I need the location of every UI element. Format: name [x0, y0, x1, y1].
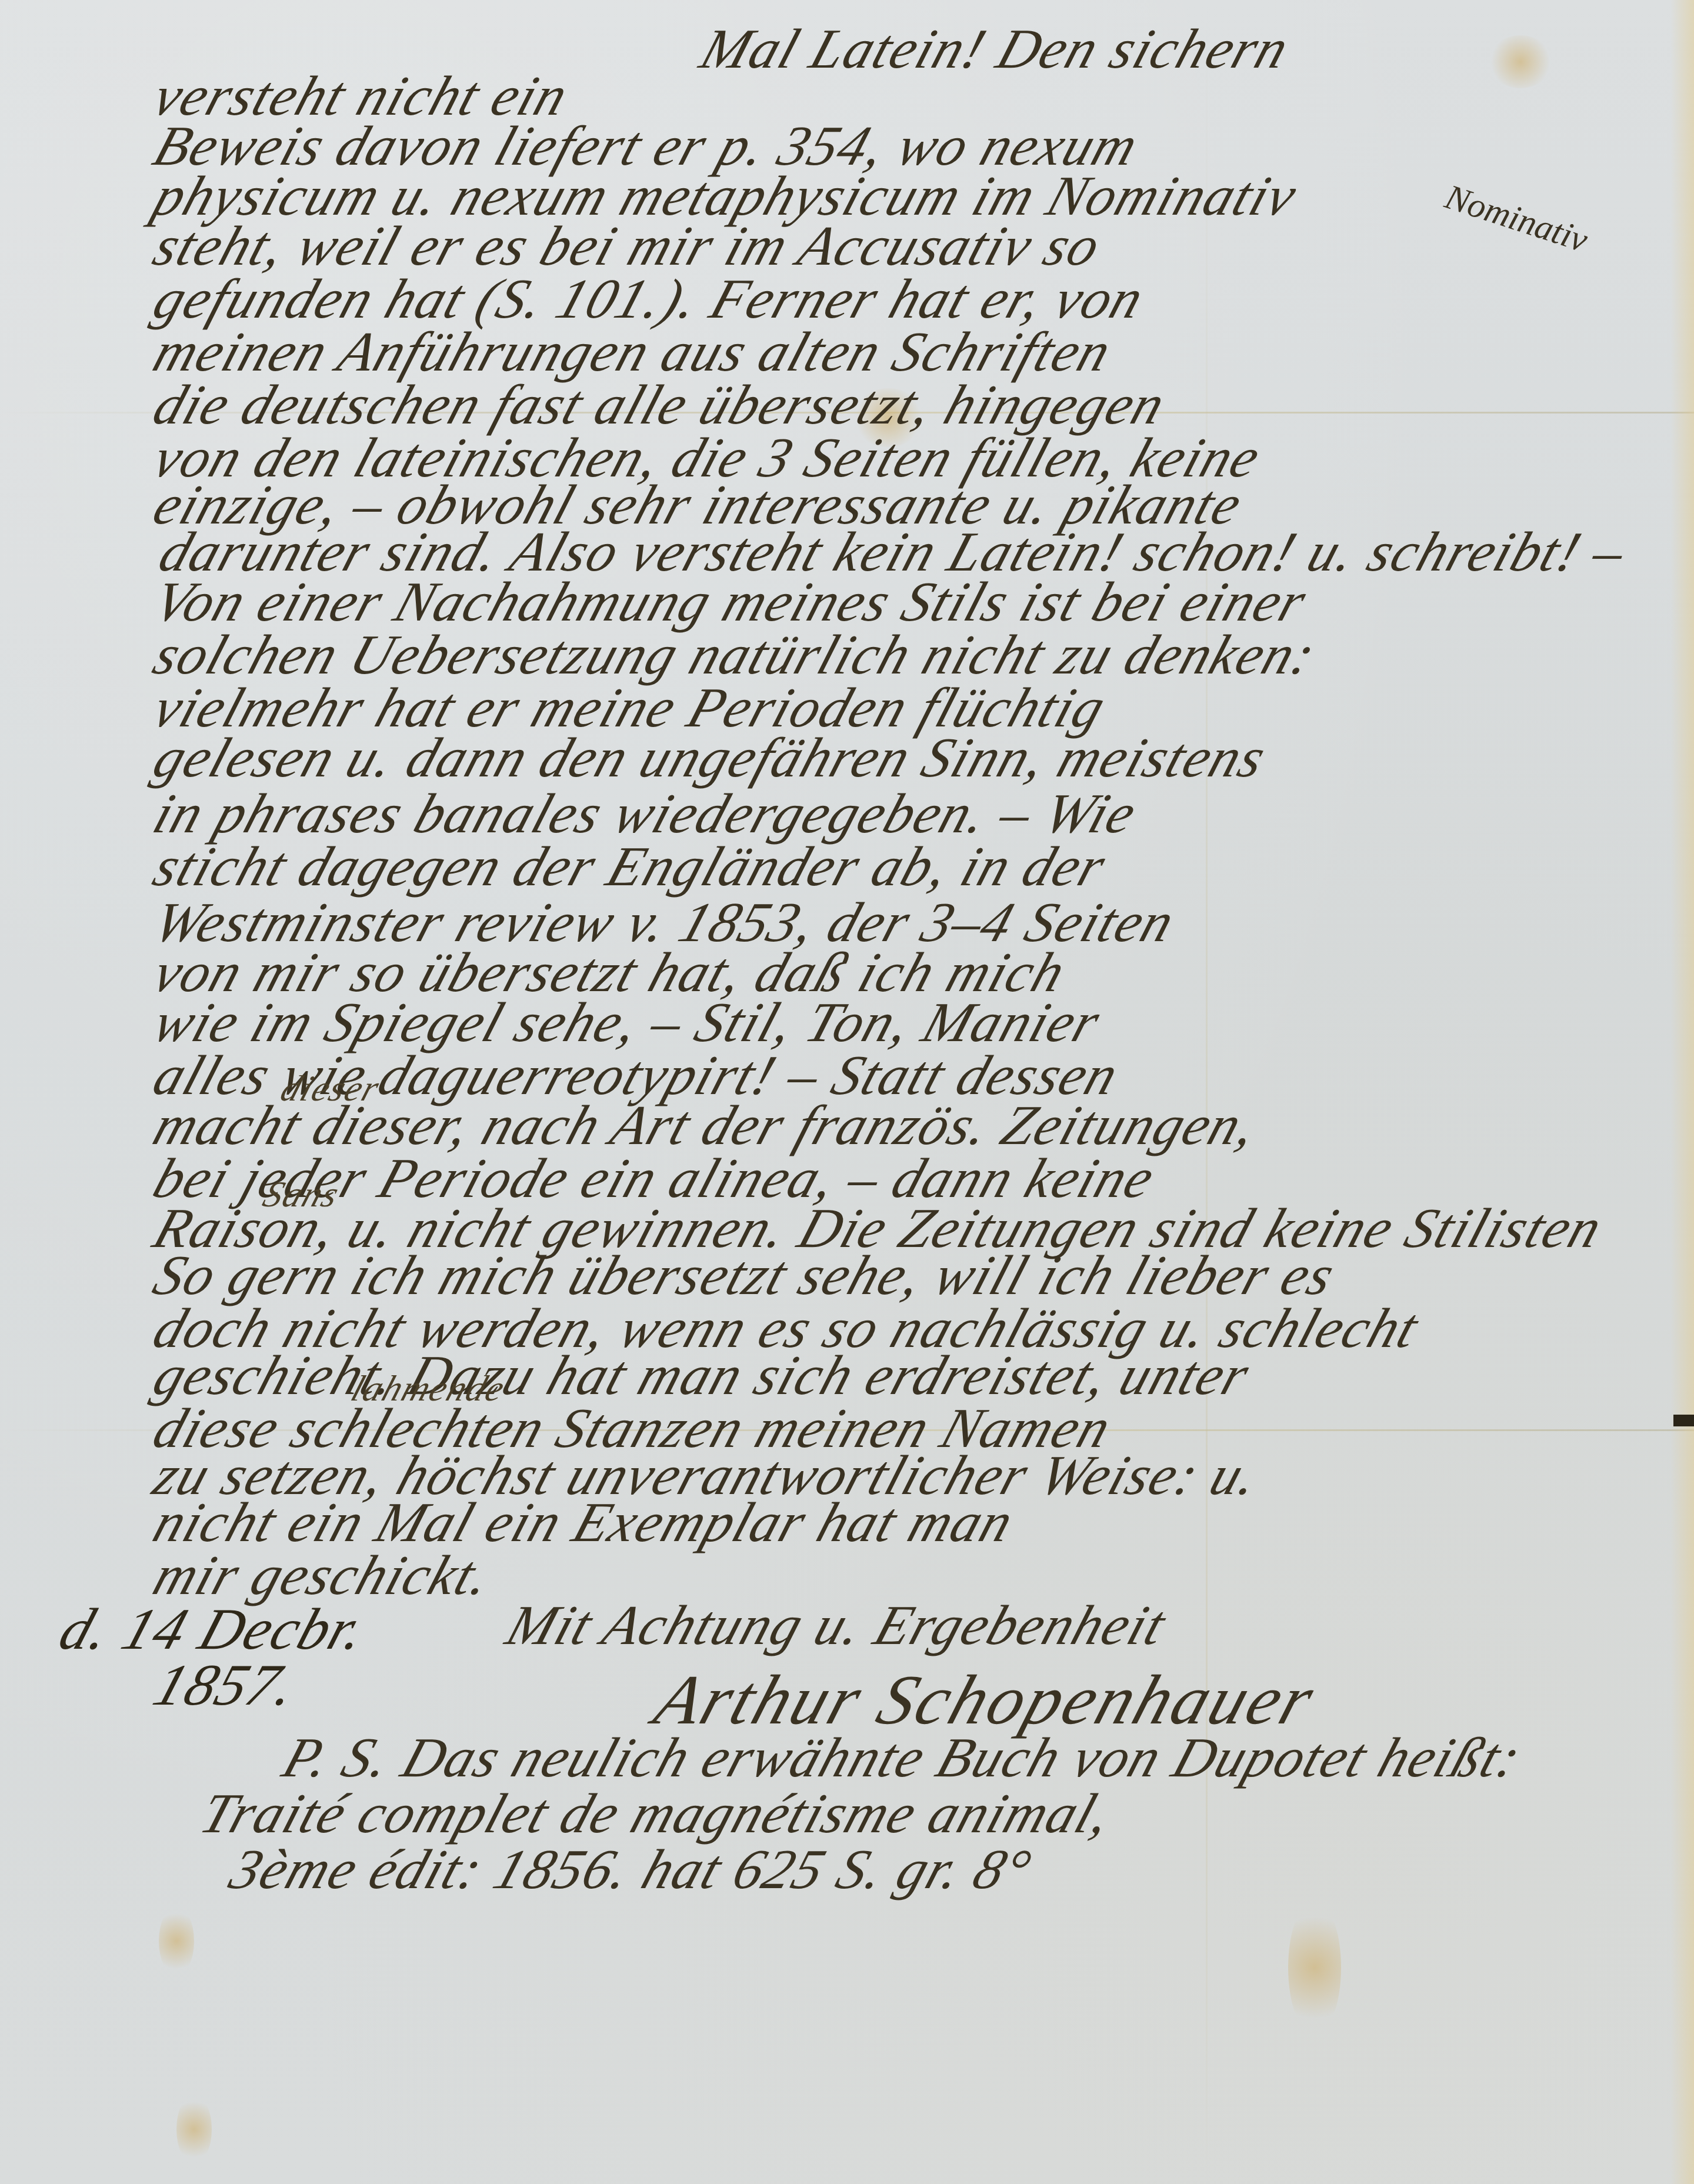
postscript-line-3: 3ème édit: 1856. hat 625 S. gr. 8°	[224, 1841, 1038, 1898]
letter-page: Mal Latein! Den sichern versteht nicht e…	[0, 0, 1694, 2184]
letter-line-12: Von einer Nachahmung meines Stils ist be…	[147, 573, 1314, 630]
margin-note-nominativ: Nominativ	[1440, 176, 1593, 261]
date-day: d. 14 Decbr.	[53, 1600, 374, 1659]
foxing-stain	[1288, 1900, 1341, 2035]
letter-line-16: in phrases banales wiedergegeben. – Wie	[147, 785, 1144, 842]
postscript-line-2: Traité complet de magnétisme animal,	[194, 1785, 1119, 1842]
foxing-stain	[159, 1906, 194, 1976]
letter-line-20: wie im Spiegel sehe, – Stil, Ton, Manier	[147, 994, 1108, 1051]
letter-line-31: mir geschickt.	[147, 1547, 499, 1603]
insertion-dieser: dieser	[276, 1071, 385, 1107]
letter-line-1: Mal Latein! Den sichern	[694, 21, 1296, 77]
foxing-stain	[1488, 35, 1553, 88]
date-year: 1857.	[147, 1656, 304, 1715]
insertion-sans: Sans	[259, 1176, 344, 1213]
fold-line-vertical	[1206, 0, 1208, 2184]
letter-line-30: nicht ein Mal ein Exemplar hat man	[147, 1494, 1021, 1551]
letter-line-5: steht, weil er es bei mir im Accusativ s…	[147, 218, 1108, 274]
letter-line-27: geschieht. Dazu hat man sich erdreistet,…	[147, 1347, 1256, 1403]
letter-line-8: die deutschen fast alle übersetzt, hinge…	[147, 376, 1173, 433]
postscript-line-1: P. S. Das neulich erwähnte Buch von Dupo…	[276, 1729, 1529, 1786]
foxing-stain	[176, 2094, 212, 2165]
letter-line-25: So gern ich mich übersetzt sehe, will ic…	[147, 1247, 1342, 1303]
paper-tear	[1673, 1415, 1694, 1426]
signature: Arthur Schopenhauer	[647, 1665, 1325, 1735]
letter-line-7: meinen Anführungen aus alten Schriften	[147, 324, 1119, 380]
letter-line-17: sticht dagegen der Engländer ab, in der	[147, 838, 1113, 895]
letter-line-6: gefunden hat (S. 101.). Ferner hat er, v…	[147, 271, 1151, 327]
insertion-lahmende: lahmende	[347, 1371, 510, 1407]
letter-line-15: gelesen u. dann den ungefähren Sinn, mei…	[147, 729, 1273, 786]
letter-line-13: solchen Uebersetzung natürlich nicht zu …	[147, 626, 1323, 683]
edge-discoloration	[1670, 0, 1694, 2184]
closing-salutation: Mit Achtung u. Ergebenheit	[500, 1597, 1173, 1653]
